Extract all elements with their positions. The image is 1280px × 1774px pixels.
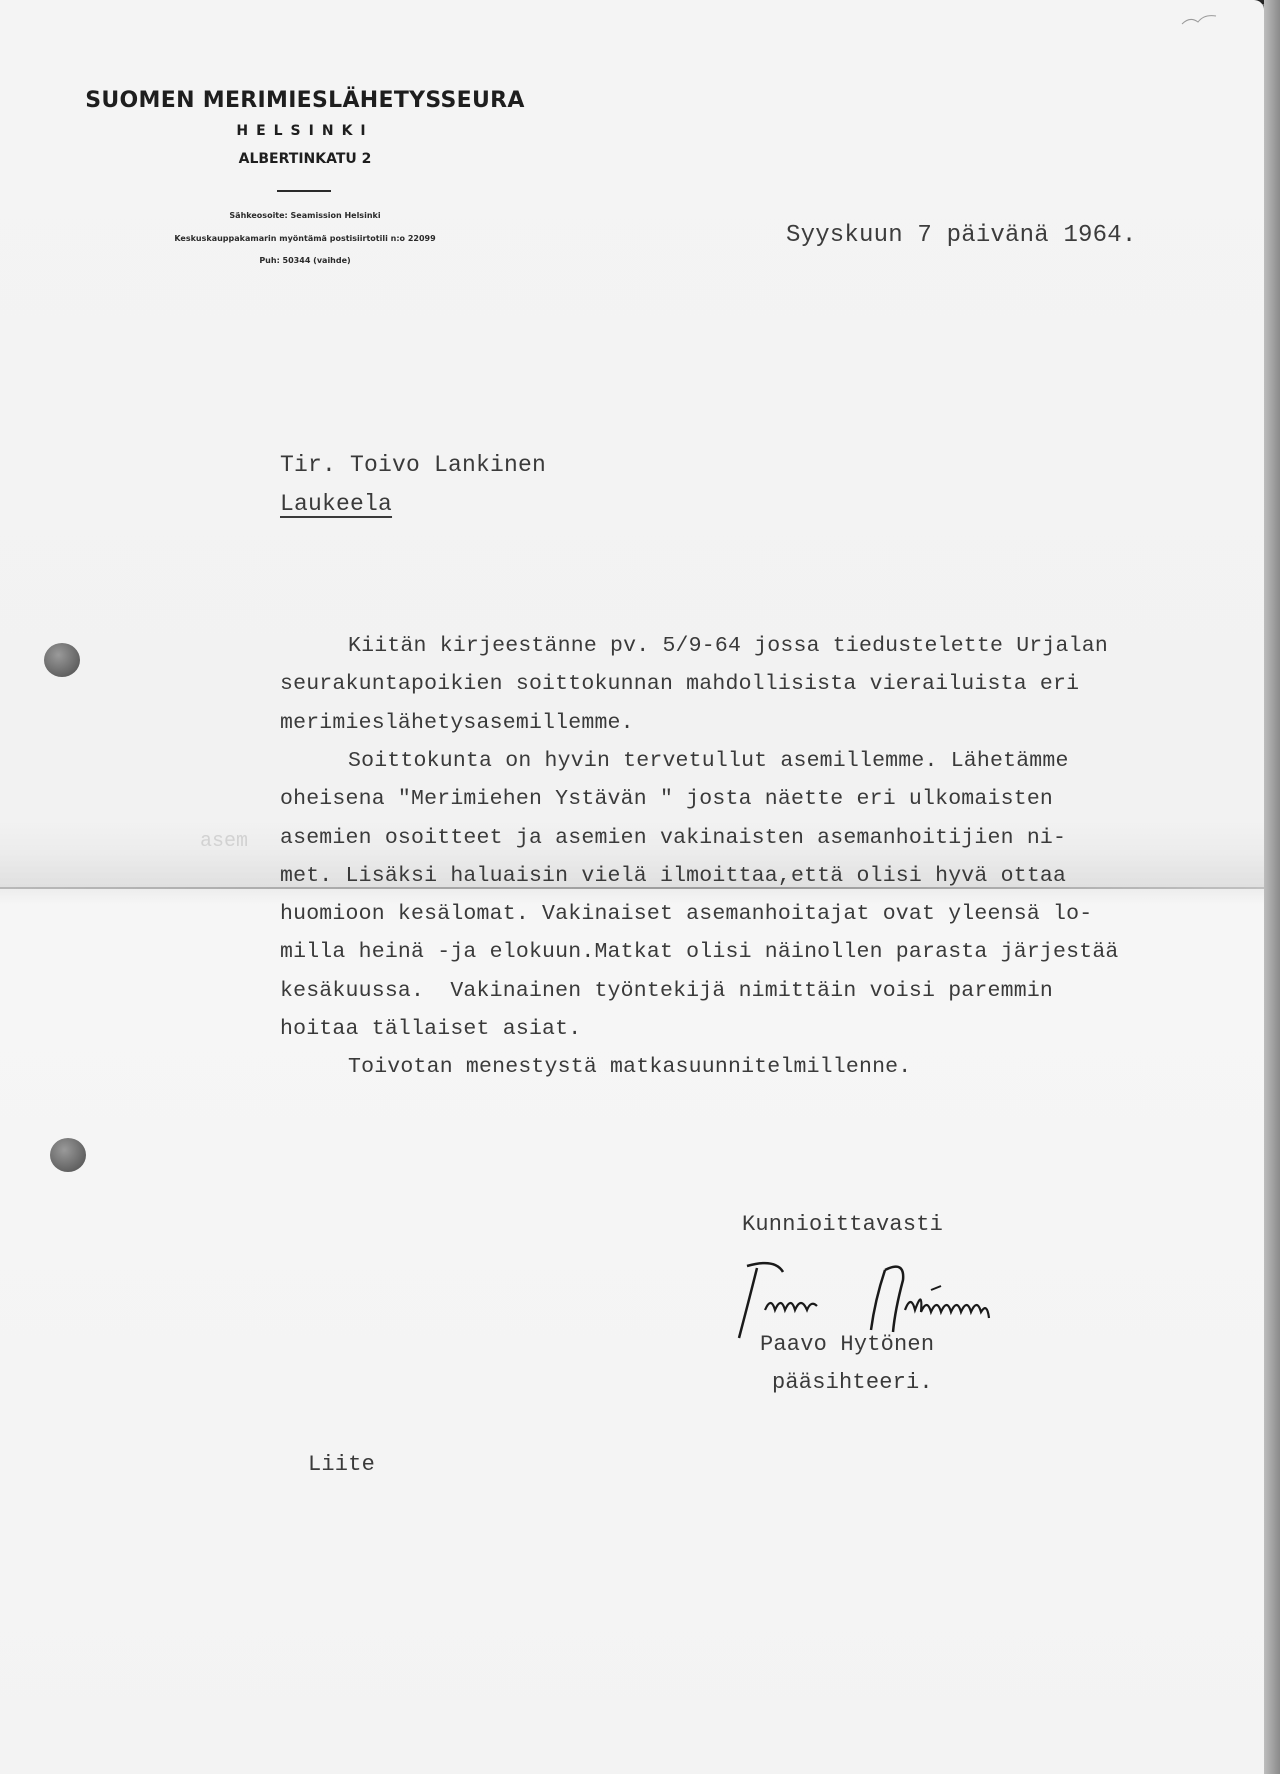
enclosure-note: Liite: [308, 1452, 375, 1477]
scan-right-edge: [1264, 0, 1280, 1774]
body-line: Soittokunta on hyvin tervetullut asemill…: [348, 749, 1069, 773]
show-through-text: asem: [200, 830, 248, 853]
body-line: kesäkuussa. Vakinainen työntekijä nimitt…: [280, 979, 1053, 1003]
letterhead-street: ALBERTINKATU 2: [80, 151, 530, 167]
letter-page: SUOMEN MERIMIESLÄHETYSSEURA HELSINKI ALB…: [0, 0, 1264, 1774]
letterhead-city: HELSINKI: [80, 123, 530, 139]
body-line: merimieslähetysasemillemme.: [280, 711, 634, 735]
signer-name: Paavo Hytönen: [760, 1332, 934, 1357]
punch-hole-icon: [44, 643, 80, 677]
punch-hole-icon: [50, 1138, 86, 1172]
body-line: milla heinä -ja elokuun.Matkat olisi näi…: [280, 940, 1119, 964]
closing-phrase: Kunnioittavasti: [742, 1212, 943, 1237]
letter-date: Syyskuun 7 päivänä 1964.: [786, 222, 1136, 249]
body-line: met. Lisäksi haluaisin vielä ilmoittaa,e…: [280, 864, 1066, 888]
telegram-address: Sähkeosoite: Seamission Helsinki: [80, 211, 530, 220]
body-line: asemien osoitteet ja asemien vakinaisten…: [280, 826, 1066, 850]
pencil-mark-icon: [1180, 10, 1220, 30]
body-line: Kiitän kirjeestänne pv. 5/9-64 jossa tie…: [348, 634, 1108, 658]
letterhead-divider: [277, 190, 331, 192]
phone-number: Puh: 50344 (vaihde): [80, 256, 530, 265]
body-line: hoitaa tällaiset asiat.: [280, 1017, 581, 1041]
body-line: seurakuntapoikien soittokunnan mahdollis…: [280, 672, 1079, 696]
body-line: Toivotan menestystä matkasuunnitelmillen…: [348, 1055, 911, 1079]
body-line: huomioon kesälomat. Vakinaiset asemanhoi…: [280, 902, 1092, 926]
giro-account: Keskuskauppakamarin myöntämä postisiirto…: [80, 234, 530, 243]
recipient-place: Laukeela: [280, 491, 392, 517]
recipient-name: Tir. Toivo Lankinen: [280, 452, 546, 478]
body-line: oheisena "Merimiehen Ystävän " josta näe…: [280, 787, 1053, 811]
signer-title: pääsihteeri.: [772, 1370, 933, 1395]
organization-name: SUOMEN MERIMIESLÄHETYSSEURA: [80, 88, 530, 113]
